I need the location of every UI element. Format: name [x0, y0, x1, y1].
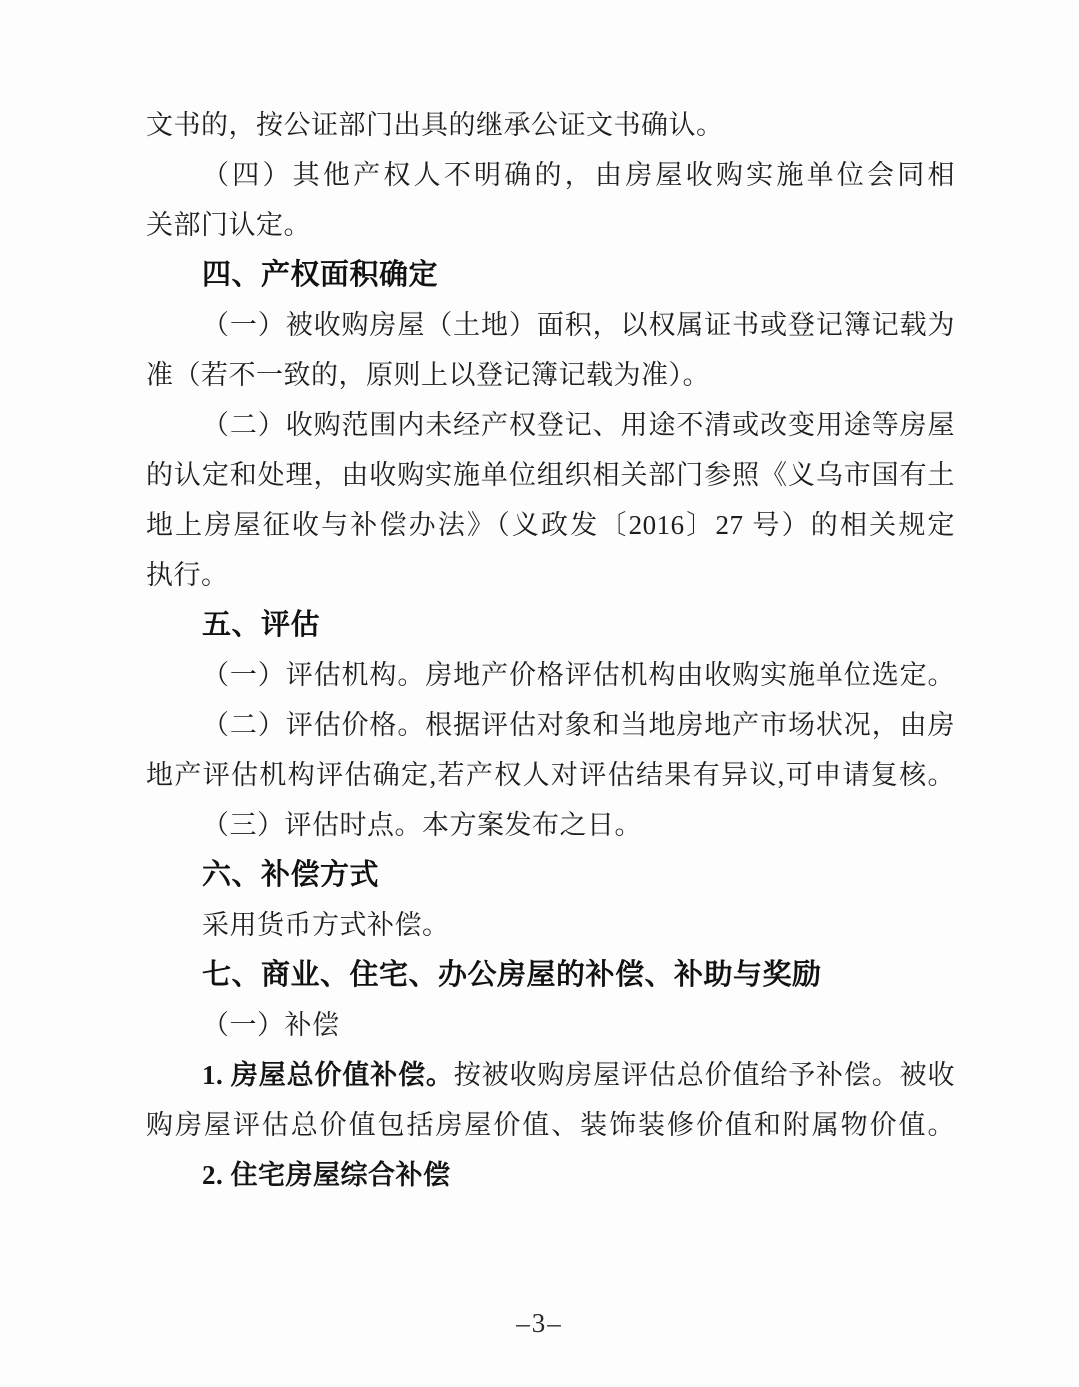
heading-section-5: 五、评估	[146, 600, 955, 650]
page-number: –3–	[0, 1308, 1079, 1339]
para-unregistered-line-1: （二）收购范围内未经产权登记、用途不清或改变用途等房屋	[146, 400, 955, 450]
para-other-owners-line-1: （四）其他产权人不明确的，由房屋收购实施单位会同相	[146, 150, 955, 200]
para-unregistered-line-2: 的认定和处理，由收购实施单位组织相关部门参照《义乌市国有土	[146, 450, 955, 500]
para-area-basis-line-2: 准（若不一致的，原则上以登记簿记载为准）。	[146, 350, 955, 400]
heading-residential-compensation: 2. 住宅房屋综合补偿	[146, 1150, 955, 1200]
heading-section-7: 七、商业、住宅、办公房屋的补偿、补助与奖励	[146, 950, 955, 1000]
para-appraisal-date: （三）评估时点。本方案发布之日。	[146, 800, 955, 850]
house-value-item-body: 按被收购房屋评估总价值给予补偿。被收	[454, 1060, 955, 1090]
heading-section-6: 六、补偿方式	[146, 850, 955, 900]
para-appraisal-agency: （一）评估机构。房地产价格评估机构由收购实施单位选定。	[146, 650, 955, 700]
para-appraisal-price-line-1: （二）评估价格。根据评估对象和当地房地产市场状况，由房	[146, 700, 955, 750]
house-value-item-label: 1. 房屋总价值补偿。	[202, 1060, 454, 1090]
para-other-owners-line-2: 关部门认定。	[146, 200, 955, 250]
heading-section-4: 四、产权面积确定	[146, 250, 955, 300]
para-compensation-sub: （一）补偿	[146, 1000, 955, 1050]
para-area-basis-line-1: （一）被收购房屋（土地）面积，以权属证书或登记簿记载为	[146, 300, 955, 350]
para-unregistered-line-3: 地上房屋征收与补偿办法》（义政发〔2016〕27 号）的相关规定	[146, 500, 955, 550]
para-house-value-line-1: 1. 房屋总价值补偿。按被收购房屋评估总价值给予补偿。被收	[146, 1050, 955, 1100]
para-house-value-line-2: 购房屋评估总价值包括房屋价值、装饰装修价值和附属物价值。	[146, 1100, 955, 1150]
document-page: 文书的，按公证部门出具的继承公证文书确认。 （四）其他产权人不明确的，由房屋收购…	[0, 0, 1079, 1387]
para-monetary-compensation: 采用货币方式补偿。	[146, 900, 955, 950]
para-confirm-line-2: 文书的，按公证部门出具的继承公证文书确认。	[146, 100, 955, 150]
para-unregistered-line-4: 执行。	[146, 550, 955, 600]
para-appraisal-price-line-2: 地产评估机构评估确定,若产权人对评估结果有异议,可申请复核。	[146, 750, 955, 800]
